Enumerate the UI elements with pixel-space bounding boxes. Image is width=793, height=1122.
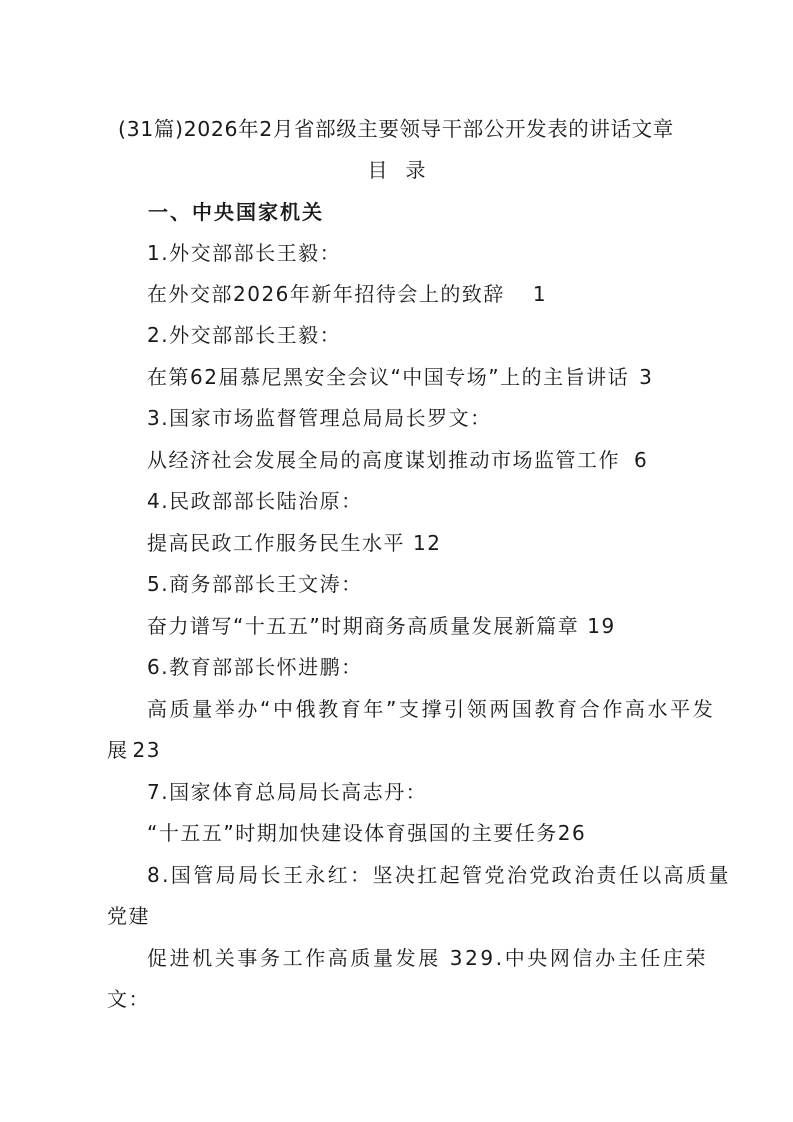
toc-heading-char-2: 录 xyxy=(406,158,426,182)
toc-entry-7-article: “十五五”时期加快建设体育强国的主要任务 xyxy=(147,821,558,845)
toc-entry-6-speaker: 6.教育部部长怀进鹏： xyxy=(147,654,363,680)
toc-entry-6-article-line-2: 展 xyxy=(107,738,129,762)
toc-entry-4-page: 12 xyxy=(413,531,441,555)
toc-entry-2-page: 3 xyxy=(639,365,653,389)
toc-entry-3-page: 6 xyxy=(634,448,648,472)
toc-entry-7-page: 26 xyxy=(558,821,586,845)
toc-entry-1-link[interactable]: 在外交部2026年新年招待会上的致辞1 xyxy=(147,281,547,307)
document-title: (31篇)2026年2月省部级主要领导干部公开发表的讲话文章 xyxy=(118,116,674,142)
toc-entry-2-speaker: 2.外交部部长王毅： xyxy=(147,322,341,348)
toc-entry-1-article: 在外交部2026年新年招待会上的致辞 xyxy=(147,282,505,306)
toc-entry-2-link[interactable]: 在第62届慕尼黑安全会议“中国专场”上的主旨讲话3 xyxy=(147,364,653,390)
toc-entry-6-link-continued[interactable]: 展23 xyxy=(107,737,161,763)
toc-entry-1-page: 1 xyxy=(533,282,547,306)
section-title: 一、中央国家机关 xyxy=(148,199,324,225)
toc-heading-char-1: 目 xyxy=(368,158,388,182)
toc-entry-4-link[interactable]: 提高民政工作服务民生水平12 xyxy=(147,530,441,556)
toc-entry-1-speaker: 1.外交部部长王毅： xyxy=(147,240,341,266)
toc-entry-5-article: 奋力谱写“十五五”时期商务高质量发展新篇章 xyxy=(147,614,579,638)
toc-entry-2-article: 在第62届慕尼黑安全会议“中国专场”上的主旨讲话 xyxy=(147,365,629,389)
toc-entry-7-link[interactable]: “十五五”时期加快建设体育强国的主要任务26 xyxy=(147,820,586,846)
toc-entry-8-line-1[interactable]: 8.国管局局长王永红：坚决扛起管党治党政治责任以高质量 xyxy=(147,862,731,888)
toc-entry-4-article: 提高民政工作服务民生水平 xyxy=(147,531,405,555)
toc-entry-3-article: 从经济社会发展全局的高度谋划推动市场监管工作 xyxy=(147,448,620,472)
toc-entry-7-speaker: 7.国家体育总局局长高志丹： xyxy=(147,779,427,805)
toc-entry-8-line-2[interactable]: 党建 xyxy=(107,903,150,929)
toc-entry-9-line-continued[interactable]: 文： xyxy=(107,986,150,1012)
toc-entry-6-page: 23 xyxy=(133,738,161,762)
toc-entry-4-speaker: 4.民政部部长陆治原： xyxy=(147,488,363,514)
toc-entry-5-page: 19 xyxy=(587,614,615,638)
document-page: (31篇)2026年2月省部级主要领导干部公开发表的讲话文章 目录 一、中央国家… xyxy=(0,0,793,1122)
toc-entry-8-line-3[interactable]: 促进机关事务工作高质量发展 329.中央网信办主任庄荣 xyxy=(147,945,708,971)
toc-heading: 目录 xyxy=(0,157,793,183)
toc-entry-6-article-line-1[interactable]: 高质量举办“中俄教育年”支撑引领两国教育合作高水平发 xyxy=(147,696,715,722)
toc-entry-3-speaker: 3.国家市场监督管理总局局长罗文： xyxy=(147,405,492,431)
toc-entry-5-speaker: 5.商务部部长王文涛： xyxy=(147,571,363,597)
toc-entry-3-link[interactable]: 从经济社会发展全局的高度谋划推动市场监管工作6 xyxy=(147,447,648,473)
toc-entry-5-link[interactable]: 奋力谱写“十五五”时期商务高质量发展新篇章19 xyxy=(147,613,616,639)
